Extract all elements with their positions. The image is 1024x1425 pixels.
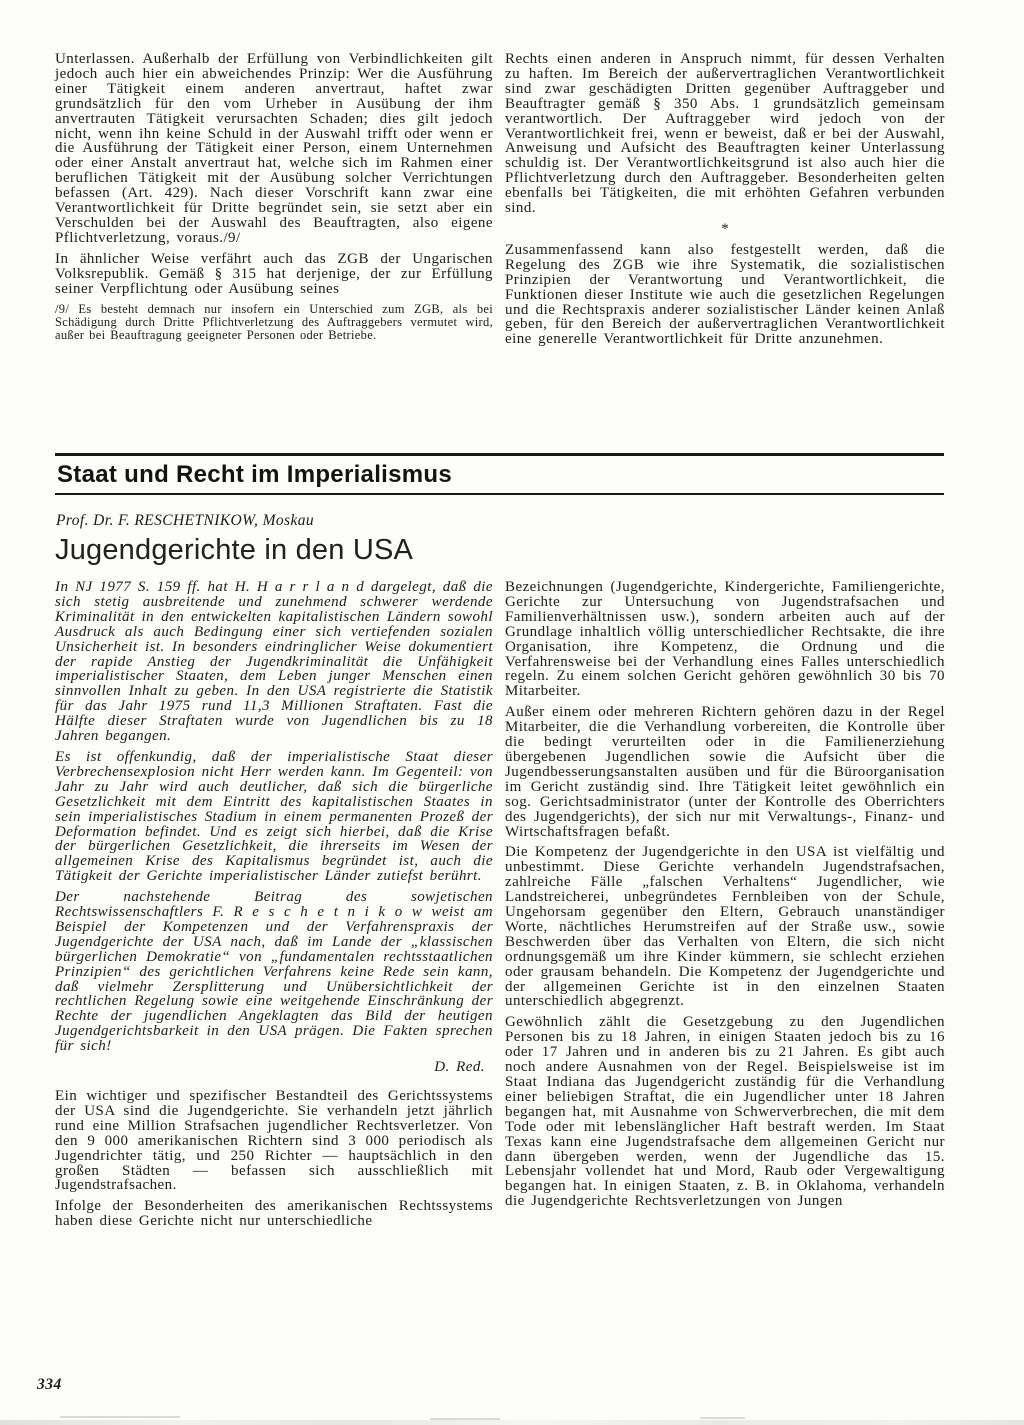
body-paragraph: Ein wichtiger und spezifischer Bestandte… <box>55 1089 493 1193</box>
body-paragraph: Die Kompetenz der Jugendgerichte in den … <box>505 845 945 1009</box>
scan-speck <box>700 1417 745 1419</box>
top-left-column: Unterlassen. Außerhalb der Erfüllung von… <box>55 52 493 348</box>
scan-speck <box>430 1418 500 1420</box>
body-paragraph: Bezeichnungen (Jugendgerichte, Kinderger… <box>505 580 945 699</box>
top-right-column: Rechts einen anderen in Anspruch nimmt, … <box>505 52 945 353</box>
rubric-rule-bottom <box>55 493 944 495</box>
body-paragraph: Unterlassen. Außerhalb der Erfüllung von… <box>55 52 493 246</box>
article-right-column: Bezeichnungen (Jugendgerichte, Kinderger… <box>505 580 945 1215</box>
body-paragraph: Rechts einen anderen in Anspruch nimmt, … <box>505 52 945 216</box>
footnote: /9/ Es besteht demnach nur insofern ein … <box>55 303 493 343</box>
intro-paragraph: Der nachstehende Beitrag des sowjetische… <box>55 890 493 1054</box>
editorial-signoff: D. Red. <box>55 1060 493 1075</box>
article-title: Jugendgerichte in den USA <box>55 534 413 567</box>
article-byline: Prof. Dr. F. RESCHETNIKOW, Moskau <box>56 512 314 530</box>
section-rubric-title: Staat und Recht im Imperialismus <box>55 456 944 493</box>
page-number: 334 <box>37 1376 62 1394</box>
scan-edge-artifact <box>0 1420 1024 1425</box>
body-paragraph: Infolge der Besonderheiten des amerikani… <box>55 1199 493 1229</box>
section-rubric: Staat und Recht im Imperialismus <box>55 453 944 495</box>
body-paragraph: Gewöhnlich zählt die Gesetzgebung zu den… <box>505 1015 945 1209</box>
scan-speck <box>60 1416 180 1418</box>
article-left-column: In NJ 1977 S. 159 ff. hat H. H a r r l a… <box>55 580 493 1235</box>
body-paragraph: Zusammenfassend kann also festgestellt w… <box>505 243 945 347</box>
intro-paragraph: Es ist offenkundig, daß der imperialisti… <box>55 750 493 884</box>
intro-paragraph: In NJ 1977 S. 159 ff. hat H. H a r r l a… <box>55 580 493 744</box>
asterisk-separator: * <box>505 222 945 237</box>
journal-page: Unterlassen. Außerhalb der Erfüllung von… <box>0 0 1024 1425</box>
body-paragraph: Außer einem oder mehreren Richtern gehör… <box>505 705 945 839</box>
body-paragraph: In ähnlicher Weise verfährt auch das ZGB… <box>55 252 493 297</box>
